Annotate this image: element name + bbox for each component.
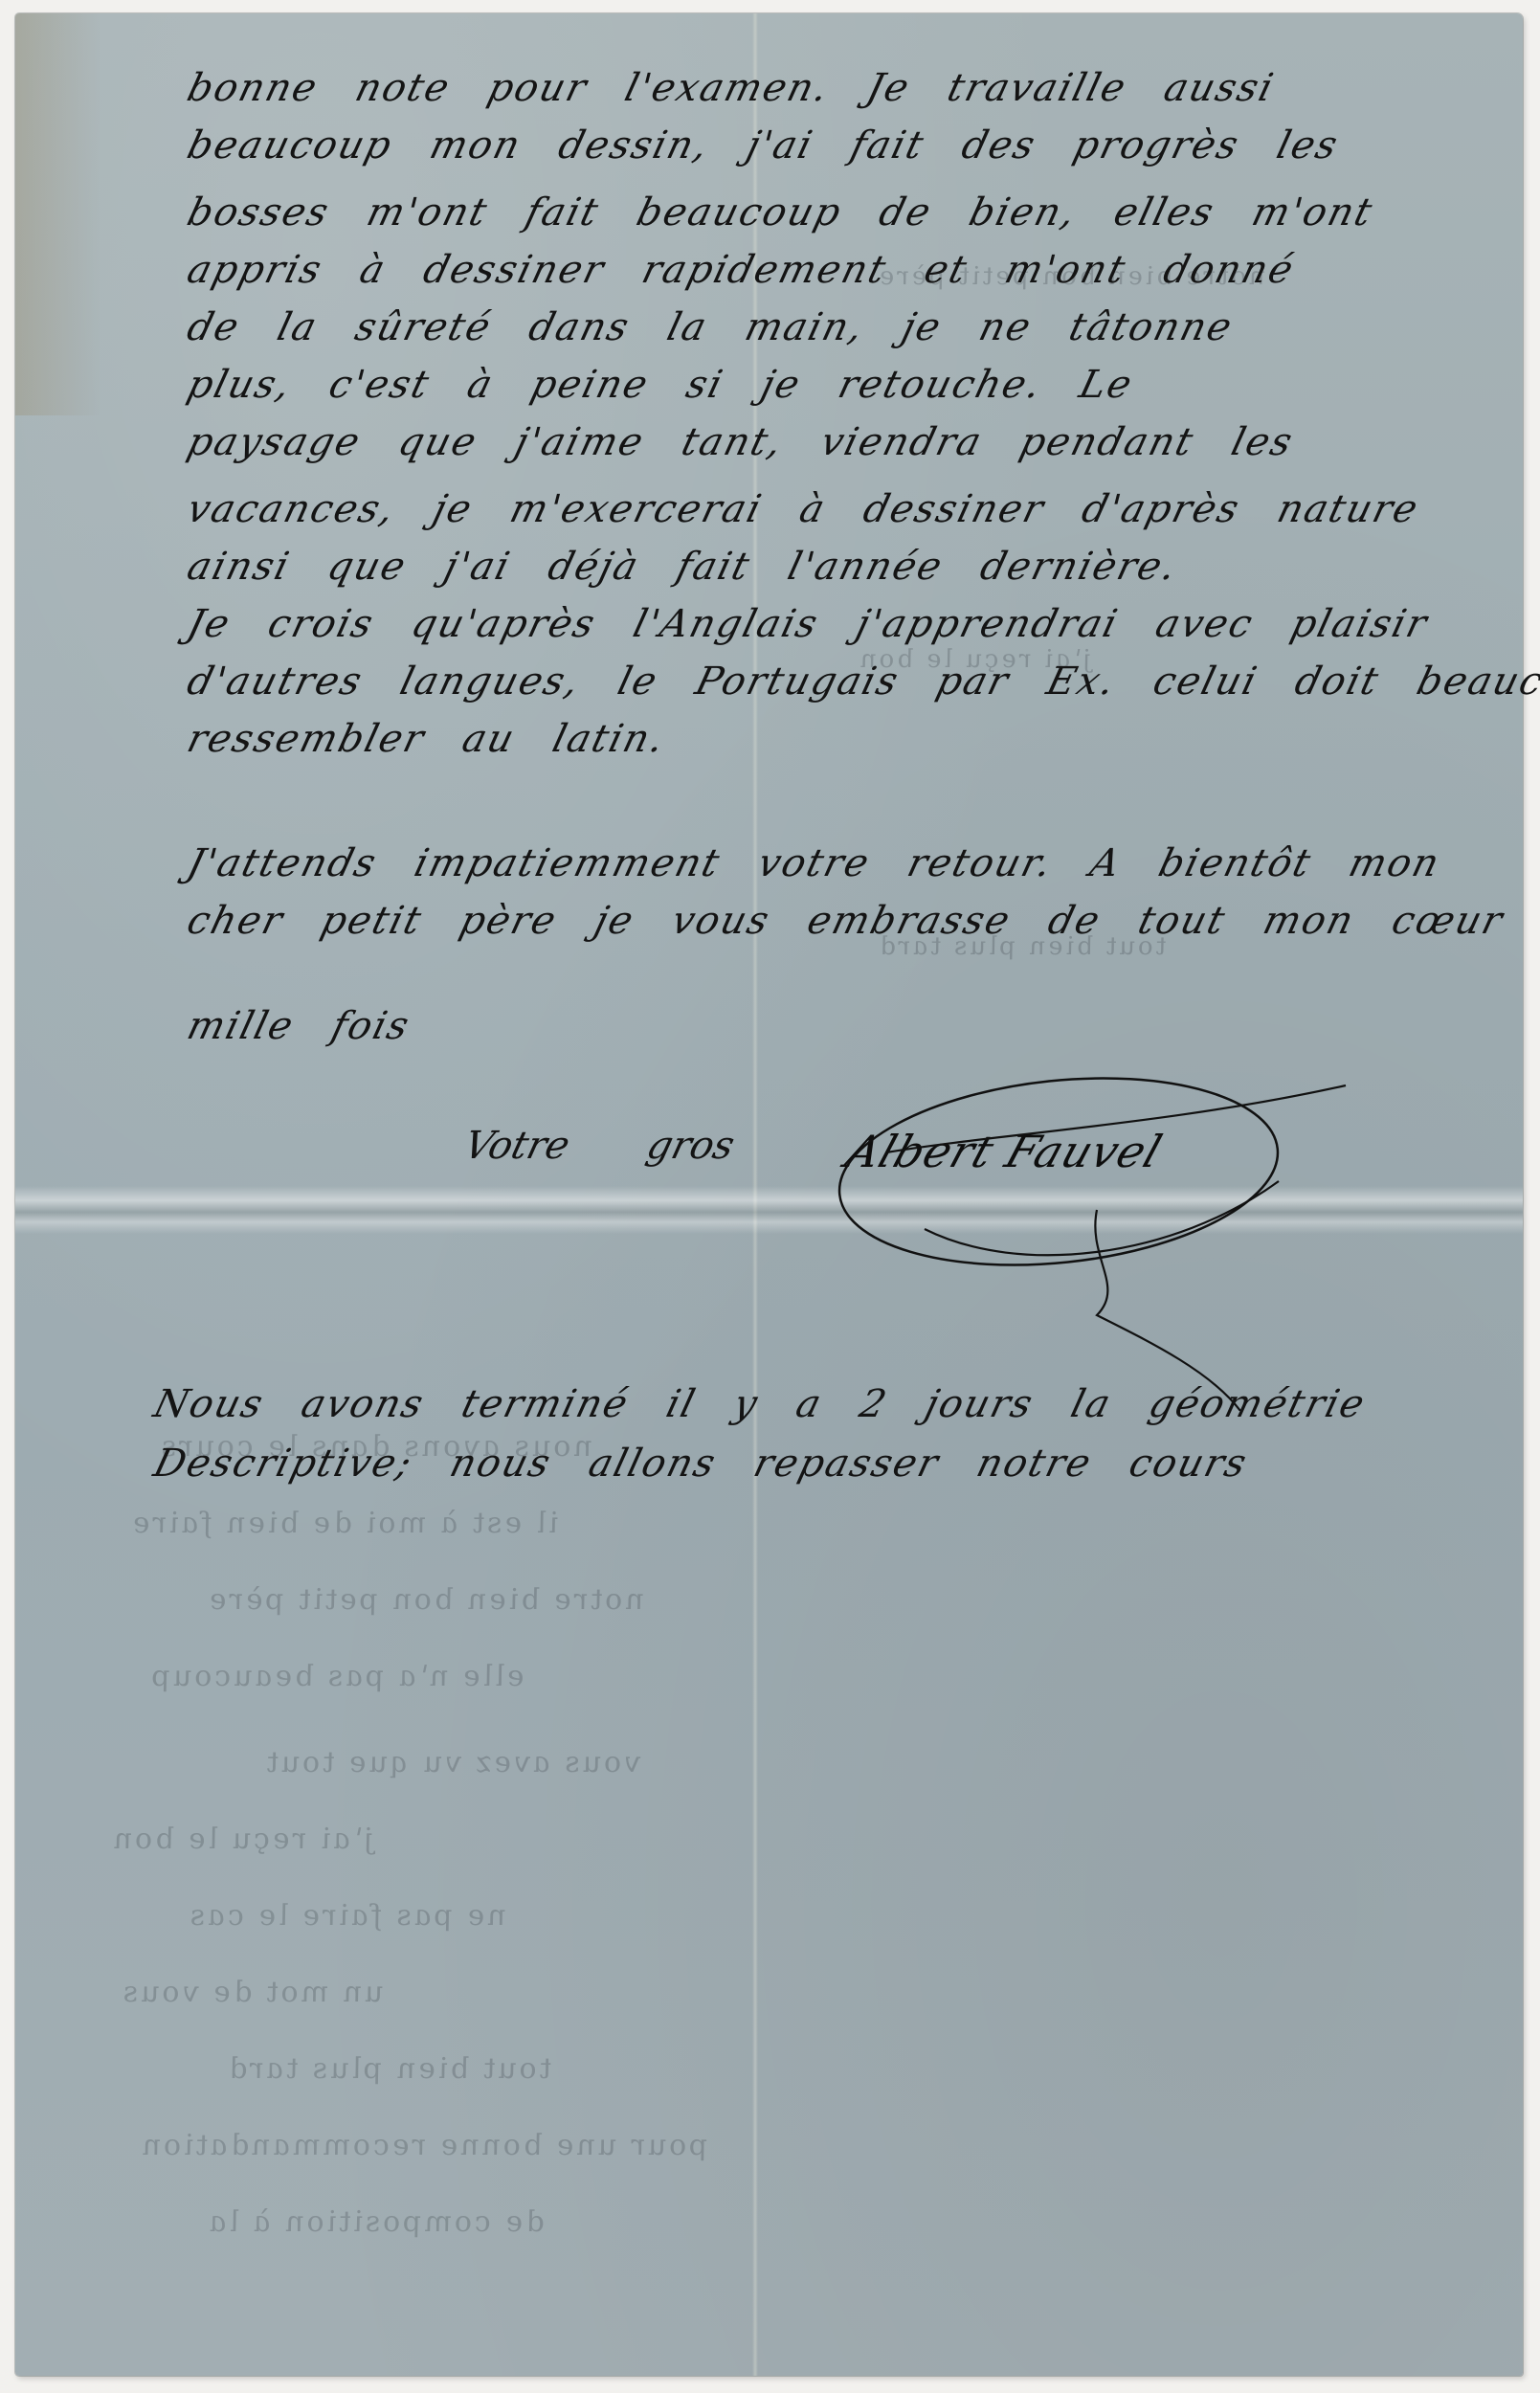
bleed-through-line: elle n'a pas beaucoup (145, 1660, 527, 1693)
signature-flourish-icon (810, 1066, 1403, 1411)
letter-line: beaucoup mon dessin, j'ai fait des progr… (183, 123, 1344, 168)
letter-line: bosses m'ont fait beaucoup de bien, elle… (183, 190, 1378, 235)
letter-line: bonne note pour l'examen. Je travaille a… (183, 66, 1279, 110)
letter-line: cher petit père je vous embrasse de tout… (183, 899, 1508, 943)
letter-line: d'autres langues, le Portugais par Ex. c… (183, 660, 1540, 704)
bleed-through-line: j'ai reçu le bon (107, 1823, 376, 1856)
letter-line: paysage que j'aime tant, viendra pendant… (183, 420, 1298, 464)
letter-line: vacances, je m'exercerai à dessiner d'ap… (183, 487, 1424, 531)
bleed-through-line: un mot de vous (117, 1976, 387, 2009)
letter-line: appris à dessiner rapidement et m'ont do… (183, 248, 1299, 292)
bleed-through-line: il est à moi de bien faire (126, 1507, 562, 1540)
letter-line: ainsi que j'ai déjà fait l'année dernièr… (183, 545, 1182, 589)
bleed-through-line: tout bien plus tard (222, 2052, 554, 2086)
letter-line: Je crois qu'après l'Anglais j'apprendrai… (183, 602, 1433, 646)
signature-block: Votre gros Albert Fauvel (465, 1105, 1422, 1353)
closing-text: Votre gros (459, 1124, 739, 1168)
postscript-line: Descriptive; nous allons repasser notre … (149, 1442, 1252, 1486)
bleed-through-line: ne pas faire le cas (184, 1899, 509, 1933)
letter-line: J'attends impatiemment votre retour. A b… (183, 841, 1445, 885)
letter-page: nous avons dans le cours il est à moi de… (15, 13, 1523, 2376)
postscript-line: Nous avons terminé il y a 2 jours la géo… (149, 1382, 1371, 1426)
bleed-through-line: notre bien bon petit père (203, 1583, 647, 1617)
bleed-through-line: pour une bonne recommandation (136, 2129, 711, 2162)
bleed-through-line: de composition à la (203, 2205, 547, 2239)
letter-line: de la sûreté dans la main, je ne tâtonne (183, 305, 1238, 349)
letter-line: ressembler au latin. (183, 717, 670, 761)
letter-line: plus, c'est à peine si je retouche. Le (183, 363, 1138, 407)
bleed-through-line: vous avez vu que tout (260, 1746, 644, 1779)
letter-line: mille fois (183, 1004, 414, 1048)
